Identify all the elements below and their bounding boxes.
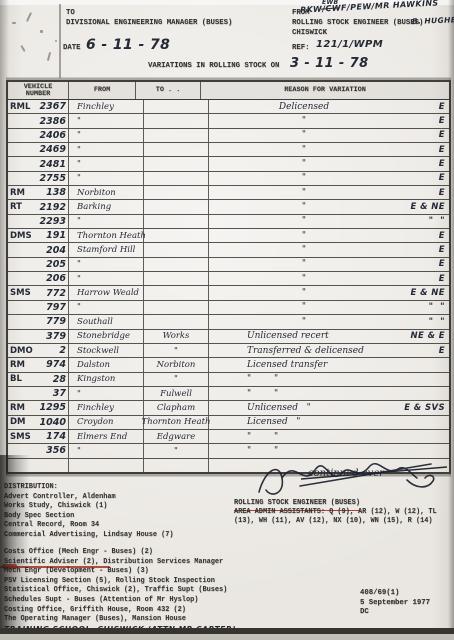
reason-cell: Transferred & delicensed E	[209, 344, 449, 357]
ref-handwritten: 121/1/WPM	[316, 39, 383, 50]
reason-value: "	[209, 202, 399, 212]
ref-label: REF:	[292, 44, 310, 53]
from-value: "	[77, 302, 81, 312]
vehicle-number: 138	[46, 187, 66, 198]
reason-cell: " E	[209, 172, 449, 185]
reference-line: DC	[360, 608, 430, 618]
vehicle-number: 2367	[40, 101, 66, 112]
reason-cell: " E	[209, 243, 449, 256]
reason-cell: " E	[209, 258, 449, 271]
to-value: "	[174, 446, 178, 456]
from-cell: Finchley	[69, 100, 144, 113]
code-value: E & NE	[399, 288, 449, 298]
from-cell: Kingston	[69, 373, 144, 386]
from-value: Barking	[77, 202, 111, 212]
code-value: " "	[399, 302, 449, 312]
table-header-row: VEHICLE NUMBER FROM TO . . REASON FOR VA…	[8, 82, 449, 100]
to-cell	[144, 200, 209, 213]
reason-cell: " " "	[209, 315, 449, 328]
reason-value: "	[209, 188, 399, 198]
scanned-memo-page: TO DIVISIONAL ENGINEERING MANAGER (BUSES…	[0, 0, 454, 640]
distribution-line: Advert Controller, Aldenham	[4, 493, 236, 503]
vehicle-number: 379	[46, 331, 66, 342]
reason-cell: " " "	[209, 215, 449, 228]
vehicle-number: 779	[46, 316, 66, 327]
table-row: 37 " Fulwell " "	[8, 387, 449, 401]
reason-value: "	[209, 145, 399, 155]
from-value: "	[77, 173, 81, 183]
reference-block: 408/69(1)5 September 1977DC	[360, 589, 430, 618]
vehicle-number-header: VEHICLE NUMBER	[8, 82, 69, 99]
code-value: E	[399, 145, 449, 155]
from-value: Finchley	[77, 102, 114, 112]
from-cell: Finchley	[69, 401, 144, 414]
code-value: E	[399, 159, 449, 169]
distribution-line: Schedules Supt - Buses (Attention of Mr …	[4, 596, 236, 606]
to-cell	[144, 143, 209, 156]
from-cell: "	[69, 129, 144, 142]
vehicle-cell: RM 974	[8, 358, 69, 371]
code-value: E	[399, 102, 449, 112]
vehicle-number: 174	[46, 431, 66, 442]
reason-cell: " "	[209, 430, 449, 443]
to-cell	[144, 301, 209, 314]
vehicle-prefix: RM	[10, 360, 25, 370]
from-location: CHISWICK	[292, 29, 327, 38]
to-value: Thornton Heath	[142, 417, 211, 427]
to-value: Edgware	[157, 432, 196, 442]
table-row: RM 974 Dalston Norbiton Licensed transfe…	[8, 358, 449, 372]
vehicle-cell: DMS 191	[8, 229, 69, 242]
from-value: Finchley	[77, 403, 114, 413]
to-value: "	[174, 374, 178, 384]
vehicle-number: 2	[59, 345, 66, 356]
to-cell	[144, 129, 209, 142]
table-row: 206 " " E	[8, 272, 449, 286]
reason-value: "	[209, 259, 399, 269]
distribution-line: Costing Office, Griffith House, Room 432…	[4, 606, 236, 616]
from-cell: Southall	[69, 315, 144, 328]
vehicle-prefix: DMO	[10, 346, 33, 356]
vehicle-prefix: RT	[10, 202, 22, 212]
vehicle-cell: RT 2192	[8, 200, 69, 213]
from-value: "	[77, 216, 81, 226]
reason-value: "	[209, 173, 399, 183]
from-cell: Barking	[69, 200, 144, 213]
reason-cell: " E	[209, 272, 449, 285]
table-row: 2386 " " E	[8, 114, 449, 128]
vehicle-number: 37	[53, 388, 66, 399]
vehicle-cell: 2469	[8, 143, 69, 156]
reason-cell: Delicensed E	[209, 100, 449, 113]
vehicle-prefix: SMS	[10, 288, 31, 298]
reason-cell: Unlicensed " E & SVS	[209, 401, 449, 414]
to-cell: Edgware	[144, 430, 209, 443]
from-cell: "	[69, 157, 144, 170]
to-label: TO	[66, 9, 75, 18]
vehicle-cell: 797	[8, 301, 69, 314]
reason-cell: " E	[209, 157, 449, 170]
from-value: "	[77, 130, 81, 140]
to-cell: "	[144, 373, 209, 386]
from-value: "	[77, 145, 81, 155]
table-body: RML 2367 Finchley Delicensed E 2386 " " …	[8, 100, 449, 472]
table-row: RT 2192 Barking " E & NE	[8, 200, 449, 214]
vehicle-cell: 204	[8, 243, 69, 256]
vehicle-number: 1040	[40, 417, 66, 428]
code-value: E & NE	[399, 202, 449, 212]
from-cell: "	[69, 143, 144, 156]
to-cell: Norbiton	[144, 358, 209, 371]
distribution-line: Works Study, Chiswick (1)	[4, 502, 236, 512]
distribution-line: DISTRIBUTION:	[4, 483, 236, 493]
vehicle-cell: 206	[8, 272, 69, 285]
reason-value: Licensed "	[209, 417, 399, 427]
routing-annotation-superscript: EWB	[322, 0, 339, 6]
from-cell: "	[69, 301, 144, 314]
table-row: DMO 2 Stockwell " Transferred & delicens…	[8, 344, 449, 358]
vehicle-number: 2481	[40, 159, 66, 170]
distribution-line: Costs Office (Mech Engr - Buses) (2)	[4, 548, 236, 558]
code-value: E	[399, 346, 449, 356]
reason-header: REASON FOR VARIATION	[201, 82, 449, 99]
code-value: E	[399, 274, 449, 284]
area-admin-assistants: AREA ADMIN ASSISTANTS: Q (9), AR (12), W…	[234, 508, 454, 527]
vehicle-cell: 205	[8, 258, 69, 271]
distribution-line: Scientific Adviser (2), Distribution Ser…	[4, 558, 236, 568]
from-value: Norbiton	[77, 188, 116, 198]
vehicle-number: 1295	[40, 402, 66, 413]
distribution-line: Commercial Advertising, Lindsay House (7…	[4, 531, 236, 541]
table-row: 205 " " E	[8, 258, 449, 272]
to-cell	[144, 215, 209, 228]
vehicle-cell	[8, 459, 69, 472]
reason-cell: " E	[209, 143, 449, 156]
from-cell: "	[69, 172, 144, 185]
from-cell: "	[69, 215, 144, 228]
reason-value: Unlicensed "	[209, 403, 399, 413]
to-value: Works	[163, 331, 190, 341]
reason-value: "	[209, 130, 399, 140]
reason-cell: " "	[209, 373, 449, 386]
reason-cell: Unlicensed recert NE & E	[209, 330, 449, 343]
reason-cell: " E	[209, 129, 449, 142]
distribution-line: The Operating Manager (Buses), Mansion H…	[4, 615, 236, 625]
table-row: 2469 " " E	[8, 143, 449, 157]
to-value: Norbiton	[157, 360, 196, 370]
reason-value: Unlicensed recert	[209, 331, 399, 341]
scan-speck	[40, 30, 43, 33]
page-title: VARIATIONS IN ROLLING STOCK ON	[148, 62, 279, 71]
reason-cell: " E	[209, 114, 449, 127]
vehicle-cell: RM 138	[8, 186, 69, 199]
vehicle-prefix: RML	[10, 102, 30, 112]
to-cell	[144, 315, 209, 328]
table-row: 2755 " " E	[8, 172, 449, 186]
vehicle-cell: 2481	[8, 157, 69, 170]
vehicle-cell: 37	[8, 387, 69, 400]
from-value: Stockwell	[77, 346, 119, 356]
from-value: "	[77, 159, 81, 169]
vehicle-cell: SMS 772	[8, 286, 69, 299]
from-value: Kingston	[77, 374, 115, 384]
vehicle-cell: DMO 2	[8, 344, 69, 357]
vehicle-prefix: BL	[10, 374, 22, 384]
reason-value: "	[209, 288, 399, 298]
vehicle-number: 974	[46, 359, 66, 370]
scan-speck	[12, 22, 16, 24]
code-value: " "	[399, 216, 449, 226]
scan-speck	[55, 40, 57, 42]
from-value: "	[77, 116, 81, 126]
vehicle-number: 205	[46, 259, 66, 270]
to-cell: "	[144, 344, 209, 357]
vehicle-cell: 2406	[8, 129, 69, 142]
to-cell	[144, 229, 209, 242]
to-cell	[144, 243, 209, 256]
vehicle-cell: RM 1295	[8, 401, 69, 414]
vehicle-number: 772	[46, 288, 66, 299]
to-value: Fulwell	[160, 389, 192, 399]
vehicle-prefix: RM	[10, 188, 25, 198]
reason-value: Transferred & delicensed	[209, 346, 399, 356]
to-cell	[144, 272, 209, 285]
to-cell: Works	[144, 330, 209, 343]
date-label: DATE	[63, 44, 81, 53]
table-row: 379 Stonebridge Works Unlicensed recert …	[8, 330, 449, 344]
code-value: " "	[399, 317, 449, 327]
vehicle-number: 204	[46, 245, 66, 256]
vehicle-prefix: SMS	[10, 432, 31, 442]
reason-cell: " E & NE	[209, 200, 449, 213]
signature-title: ROLLING STOCK ENGINEER (BUSES)	[234, 499, 360, 507]
fold-line	[59, 4, 61, 78]
reference-line: 408/69(1)	[360, 589, 430, 599]
reason-value: Delicensed	[209, 102, 399, 112]
table-row: RM 138 Norbiton " E	[8, 186, 449, 200]
table-row: 2406 " " E	[8, 129, 449, 143]
vehicle-number: 28	[53, 374, 66, 385]
variations-table: VEHICLE NUMBER FROM TO . . REASON FOR VA…	[6, 80, 451, 474]
to-cell	[144, 114, 209, 127]
from-cell: Dalston	[69, 358, 144, 371]
distribution-line: Statistical Office, Chiswick (2), Traffi…	[4, 586, 236, 596]
vehicle-number: 191	[46, 230, 66, 241]
distribution-line: Mech Engr (Development - Buses) (3)	[4, 567, 236, 577]
from-cell: Norbiton	[69, 186, 144, 199]
table-row: 779 Southall " " "	[8, 315, 449, 329]
vehicle-number: 206	[46, 273, 66, 284]
vehicle-cell: 779	[8, 315, 69, 328]
vehicle-number: 2469	[40, 144, 66, 155]
from-cell: Thornton Heath	[69, 229, 144, 242]
to-header: TO . .	[136, 82, 201, 99]
to-cell	[144, 100, 209, 113]
vehicle-cell: 356	[8, 444, 69, 457]
table-row: RML 2367 Finchley Delicensed E	[8, 100, 449, 114]
code-value: E	[399, 245, 449, 255]
to-cell: Clapham	[144, 401, 209, 414]
reference-line: 5 September 1977	[360, 599, 430, 609]
from-value: "	[77, 389, 81, 399]
code-value: E	[399, 173, 449, 183]
reason-cell: " " "	[209, 301, 449, 314]
reason-value: "	[209, 116, 399, 126]
table-row: 2481 " " E	[8, 157, 449, 171]
from-value: ROLLING STOCK ENGINEER (BUSES)	[292, 19, 423, 28]
from-value: Thornton Heath	[77, 231, 146, 241]
from-cell: "	[69, 387, 144, 400]
table-row: SMS 174 Elmers End Edgware " "	[8, 430, 449, 444]
from-cell: Stonebridge	[69, 330, 144, 343]
reason-cell: Licensed "	[209, 416, 449, 429]
from-cell: Croydon	[69, 416, 144, 429]
scan-bottom-margin	[0, 634, 454, 640]
table-row: 797 " " " "	[8, 301, 449, 315]
from-cell: "	[69, 258, 144, 271]
vehicle-number: 2293	[40, 216, 66, 227]
from-value: Dalston	[77, 360, 110, 370]
from-cell: Harrow Weald	[69, 286, 144, 299]
from-cell: "	[69, 272, 144, 285]
table-row: RM 1295 Finchley Clapham Unlicensed " E …	[8, 401, 449, 415]
reason-value: " "	[209, 432, 399, 442]
from-value: "	[77, 446, 81, 456]
reason-cell: " E	[209, 186, 449, 199]
from-cell	[69, 459, 144, 472]
code-value: E	[399, 231, 449, 241]
vehicle-number: 2386	[40, 116, 66, 127]
to-cell: Thornton Heath	[144, 416, 209, 429]
vehicle-cell: SMS 174	[8, 430, 69, 443]
date-handwritten: 6 - 11 - 78	[86, 37, 170, 53]
from-cell: Stockwell	[69, 344, 144, 357]
from-value: Stamford Hill	[77, 245, 135, 255]
to-cell: "	[144, 444, 209, 457]
reason-value: "	[209, 302, 399, 312]
vehicle-prefix: DM	[10, 417, 26, 427]
from-cell: "	[69, 114, 144, 127]
distribution-line: Body Spec Section	[4, 512, 236, 522]
table-row: 2293 " " " "	[8, 215, 449, 229]
vehicle-number: 356	[46, 445, 66, 456]
reason-cell: " "	[209, 387, 449, 400]
to-value: Clapham	[157, 403, 195, 413]
reason-cell: Licensed transfer	[209, 358, 449, 371]
vehicle-number: 2755	[40, 173, 66, 184]
from-cell: Elmers End	[69, 430, 144, 443]
code-value: E	[399, 188, 449, 198]
vehicle-number: 2192	[40, 202, 66, 213]
from-value: Southall	[77, 317, 113, 327]
vehicle-cell: BL 28	[8, 373, 69, 386]
to-cell	[144, 258, 209, 271]
to-cell	[144, 286, 209, 299]
code-value: E	[399, 259, 449, 269]
vehicle-prefix: DMS	[10, 231, 32, 241]
to-value: DIVISIONAL ENGINEERING MANAGER (BUSES)	[66, 19, 232, 28]
code-value: NE & E	[399, 331, 449, 341]
vehicle-cell: 379	[8, 330, 69, 343]
vehicle-cell: 2293	[8, 215, 69, 228]
vehicle-cell: DM 1040	[8, 416, 69, 429]
from-value: Stonebridge	[77, 331, 130, 341]
reason-value: "	[209, 245, 399, 255]
table-row: BL 28 Kingston " " "	[8, 373, 449, 387]
reason-value: " "	[209, 389, 399, 399]
table-row: DM 1040 Croydon Thornton Heath Licensed …	[8, 416, 449, 430]
code-value: E	[399, 116, 449, 126]
to-cell	[144, 157, 209, 170]
vehicle-prefix: RM	[10, 403, 25, 413]
from-header: FROM	[69, 82, 136, 99]
reason-value: "	[209, 216, 399, 226]
table-row: DMS 191 Thornton Heath " E	[8, 229, 449, 243]
vehicle-cell: RML 2367	[8, 100, 69, 113]
reason-value: "	[209, 274, 399, 284]
title-date-handwritten: 3 - 11 - 78	[290, 56, 369, 71]
from-cell: "	[69, 444, 144, 457]
code-value: E & SVS	[399, 403, 449, 413]
to-cell: Fulwell	[144, 387, 209, 400]
reason-value: " "	[209, 374, 399, 384]
from-value: Croydon	[77, 417, 114, 427]
vehicle-number: 797	[46, 302, 66, 313]
to-cell	[144, 186, 209, 199]
from-value: Elmers End	[77, 432, 127, 442]
from-value: "	[77, 274, 81, 284]
distribution-list: DISTRIBUTION:Advert Controller, Aldenham…	[4, 483, 236, 640]
to-cell	[144, 172, 209, 185]
table-row: SMS 772 Harrow Weald " E & NE	[8, 286, 449, 300]
table-row: 204 Stamford Hill " E	[8, 243, 449, 257]
to-value: "	[174, 346, 178, 356]
distribution-line: Central Record, Room 34	[4, 521, 236, 531]
from-value: "	[77, 259, 81, 269]
vehicle-number: 2406	[40, 130, 66, 141]
reason-value: Licensed transfer	[209, 360, 399, 370]
reason-cell: " E & NE	[209, 286, 449, 299]
to-cell	[144, 459, 209, 472]
reason-value: "	[209, 159, 399, 169]
reason-value: "	[209, 317, 399, 327]
from-value: Harrow Weald	[77, 288, 139, 298]
from-cell: Stamford Hill	[69, 243, 144, 256]
vehicle-cell: 2755	[8, 172, 69, 185]
vehicle-cell: 2386	[8, 114, 69, 127]
code-value: E	[399, 130, 449, 140]
routing-annotation-line2: B. HUGHES	[412, 15, 454, 26]
reason-value: "	[209, 231, 399, 241]
reason-cell: " E	[209, 229, 449, 242]
